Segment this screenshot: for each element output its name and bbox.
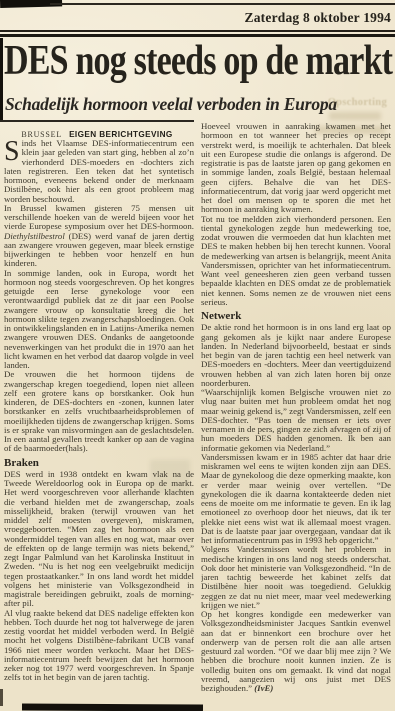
paragraph-text: In Brussel kwamen gisteren 75 mensen uit…: [4, 203, 194, 232]
article-paragraph: Al vlug raakte bekend dat DES nadelige e…: [4, 609, 194, 683]
article-paragraph: Hoeveel vrouwen in aanraking kwamen met …: [201, 122, 391, 215]
article-paragraph: De vrouwen die het hormoon tijdens de zw…: [4, 370, 194, 453]
article-column-left: Sinds het Vlaamse DES-informatiecentrum …: [4, 139, 194, 705]
headline: DES nog steeds op de markt: [4, 37, 392, 85]
article-paragraph: In Brussel kwamen gisteren 75 mensen uit…: [4, 204, 194, 269]
article-paragraph: De aktie rond het hormoon is in ons land…: [201, 323, 391, 388]
dateline-rule: [0, 120, 194, 122]
scan-artifact-bottom-bar: [22, 704, 203, 711]
dateline-credit: EIGEN BERICHTGEVING: [69, 130, 173, 139]
article-paragraph: Op het kongres kondigde een medewerker v…: [201, 610, 391, 693]
drop-cap: S: [4, 139, 22, 164]
article-paragraph: Tot nu toe meldden zich vierhonderd pers…: [201, 215, 391, 308]
showthrough-smudge: [329, 112, 381, 120]
subheadline: Schadelijk hormoon veelal verboden in Eu…: [5, 94, 337, 115]
scan-edge-left: [0, 38, 3, 122]
article-paragraph: “Waarschijnlijk komen Belgische vrouwen …: [201, 388, 391, 453]
section-heading-netwerk: Netwerk: [201, 312, 391, 321]
edition-date: Zaterdag 8 oktober 1994: [245, 10, 391, 26]
article-paragraph: In sommige landen, ook in Europa, wordt …: [4, 269, 194, 371]
top-rule: [50, 3, 395, 5]
dateline-location: BRUSSEL: [21, 130, 62, 139]
article-paragraph: Vandersmissen kwam er in 1985 achter dat…: [201, 453, 391, 546]
section-heading-braken: Braken: [4, 459, 194, 468]
author-signature: (IvE): [254, 683, 273, 693]
paragraph-text: Op het kongres kondigde een medewerker v…: [201, 609, 391, 693]
article-paragraph: Sinds het Vlaamse DES-informatiecentrum …: [4, 139, 194, 204]
showthrough-ghost-text: Opschorting: [328, 97, 387, 108]
paragraph-text: inds het Vlaamse DES-informatiecentrum e…: [4, 139, 194, 204]
article-paragraph: DES werd in 1938 ontdekt en kwam vlak na…: [4, 470, 194, 609]
article-column-right: Hoeveel vrouwen in aanraking kwamen met …: [201, 122, 391, 705]
masthead-rule-thin: [0, 30, 395, 32]
newspaper-clipping: Zaterdag 8 oktober 1994 DES nog steeds o…: [0, 0, 395, 711]
scan-edge-bottom-left: [0, 689, 3, 706]
article-paragraph: Volgens Vandersmissen wordt het probleem…: [201, 545, 391, 610]
